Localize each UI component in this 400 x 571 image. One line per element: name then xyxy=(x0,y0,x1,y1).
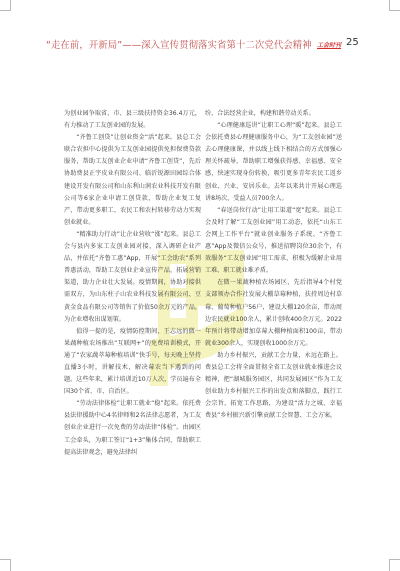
header-title: “走在前，开新局”——深入宣传贯彻落实省第十二次党代会精神 xyxy=(46,37,312,51)
paragraph: 在微一果蔬种植农场园区，先后指导4个村党支部领办合作社发展大棚草莓种植，扶持周边… xyxy=(205,277,342,350)
paragraph: 助力乡村振兴，贡献工会力量，永远在路上。费县总工会将全面贯彻全省工友创业就业推进… xyxy=(205,350,342,423)
paragraph: “心理健康巡讲”让职工心理“暖”起来。县总工会依托费县心理健康服务中心，为“工友… xyxy=(205,120,342,205)
paragraph: “劳动法律体检”让职工就业“稳”起来。依托费县法律援助中心4名律师和2名法律志愿… xyxy=(64,398,201,458)
page-header: “走在前，开新局”——深入宣传贯彻落实省第十二次党代会精神 工会时刊 25 xyxy=(46,37,366,51)
crop-mark-bottom-left xyxy=(0,559,11,571)
crop-mark-bottom-right xyxy=(389,559,400,571)
paragraph: “春送岗位行动”让用工渠道“宽”起来。县总工会及时了解“工友创业园”用工动态，依… xyxy=(205,205,342,278)
article-right-column: 纷，合法经营企业，构建和谐劳动关系。 “心理健康巡讲”让职工心理“暖”起来。县总… xyxy=(205,108,342,422)
paragraph: 纷，合法经营企业，构建和谐劳动关系。 xyxy=(205,108,342,120)
paragraph: “齐鲁工创贷”让创业资金“活”起来。县总工会联合农担中心提供为工友创业园提供免担… xyxy=(64,132,201,229)
paragraph: 值得一提的是，疫情防控期间，王志远的微一果蔬种植农场推出“互联网+”的免费培训模… xyxy=(64,326,201,399)
crop-mark-top-right xyxy=(389,0,400,11)
paragraph: “精准助力行动”让企业营收“涨”起来。县总工会与县内多家工友创业园对接，深入调研… xyxy=(64,229,201,326)
article-left-column: 为创业园争取省、市、县三级扶持资金36.4万元，有力推动了工友创业园的发展。 “… xyxy=(64,108,201,459)
magazine-logo: 工会时刊 xyxy=(317,40,341,49)
crop-mark-top-left xyxy=(0,0,11,11)
page-number: 25 xyxy=(346,37,359,48)
paragraph: 为创业园争取省、市、县三级扶持资金36.4万元，有力推动了工友创业园的发展。 xyxy=(64,108,201,132)
